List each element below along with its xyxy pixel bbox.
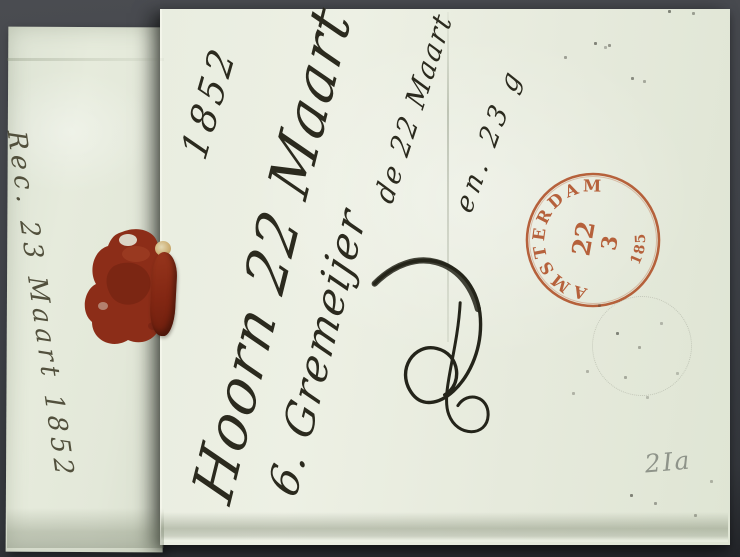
back-fold-top-crease — [7, 58, 164, 61]
datestamp-year: 185 — [627, 229, 651, 268]
photo-background: Rec. 23 Maart 1852 1852 Hoorn 22 Maart 6… — [0, 0, 740, 557]
paraph-flourish-icon — [358, 242, 507, 459]
offset-ink-specks — [616, 332, 619, 335]
datestamp-day: 22 — [566, 219, 601, 258]
ink-specks-bottom — [630, 494, 633, 497]
datestamp-month: 3 — [596, 233, 623, 252]
ink-specks-top — [594, 42, 597, 45]
bottom-fold-shadow — [161, 512, 728, 542]
back-fold-bottom-shadow — [7, 508, 164, 548]
svg-text:185: 185 — [627, 229, 651, 268]
pencil-catalog-mark: 2Ia — [644, 448, 693, 477]
